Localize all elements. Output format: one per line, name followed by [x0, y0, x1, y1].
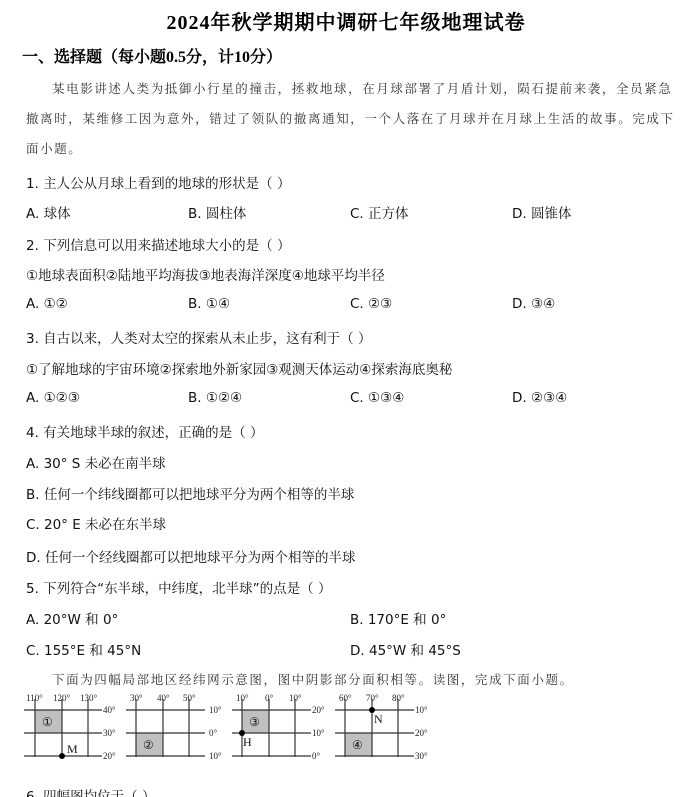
svg-text:30°: 30° — [103, 728, 116, 738]
q4-option-a[interactable]: A. 30° S 未必在南半球 — [26, 452, 166, 472]
question-2-statements: ①地球表面积②陆地平均海拔③地表海洋深度④地球平均半径 — [26, 264, 385, 284]
svg-text:80°: 80° — [392, 693, 405, 703]
graticule-diagram-1: 110° 120° 130° 40° 30° 20° ① M — [22, 695, 127, 770]
q1-option-a[interactable]: A. 球体 — [26, 202, 71, 222]
diagram-intro: 下面为四幅局部地区经纬网示意图，图中阴影部分面积相等。读图，完成下面小题。 — [52, 670, 574, 688]
graticule-diagram-2: 30° 40° 50° 10° 0° 10° ② — [125, 695, 230, 770]
svg-text:10°: 10° — [209, 705, 222, 715]
svg-text:0°: 0° — [312, 751, 321, 761]
q3-option-c[interactable]: C. ①③④ — [350, 390, 404, 406]
intro-line-3: 面小题。 — [26, 139, 82, 157]
svg-text:120°: 120° — [53, 693, 71, 703]
q5-option-a[interactable]: A. 20°W 和 0° — [26, 608, 118, 628]
q1-option-b[interactable]: B. 圆柱体 — [188, 202, 246, 222]
svg-text:10°: 10° — [289, 693, 302, 703]
page-title: 2024年秋学期期中调研七年级地理试卷 — [0, 6, 692, 35]
graticule-diagram-3: 10° 0° 10° 20° 10° 0° ③ H — [231, 695, 336, 770]
q4-option-c[interactable]: C. 20° E 未必在东半球 — [26, 513, 166, 533]
section-heading: 一、选择题（每小题0.5分，计10分） — [22, 44, 282, 67]
q3-option-a[interactable]: A. ①②③ — [26, 390, 80, 406]
q2-option-d[interactable]: D. ③④ — [512, 296, 555, 312]
svg-text:0°: 0° — [209, 728, 218, 738]
question-3-statements: ①了解地球的宇宙环境②探索地外新家园③观测天体运动④探索海底奥秘 — [26, 358, 452, 378]
svg-text:M: M — [67, 742, 78, 756]
question-5-stem: 5. 下列符合“东半球，中纬度，北半球”的点是（ ） — [26, 577, 331, 597]
svg-text:40°: 40° — [103, 705, 116, 715]
question-4-stem: 4. 有关地球半球的叙述，正确的是（ ） — [26, 421, 263, 441]
svg-text:③: ③ — [249, 715, 260, 729]
question-2-stem: 2. 下列信息可以用来描述地球大小的是（ ） — [26, 234, 290, 254]
svg-text:50°: 50° — [183, 693, 196, 703]
q4-option-d[interactable]: D. 任何一个经线圈都可以把地球平分为两个相等的半球 — [26, 546, 355, 566]
svg-text:②: ② — [143, 738, 154, 752]
svg-text:30°: 30° — [415, 751, 428, 761]
q1-option-d[interactable]: D. 圆锥体 — [512, 202, 571, 222]
svg-text:20°: 20° — [103, 751, 116, 761]
question-3-stem: 3. 自古以来，人类对太空的探索从未止步，这有利于（ ） — [26, 327, 371, 347]
svg-text:0°: 0° — [265, 693, 274, 703]
q3-option-b[interactable]: B. ①②④ — [188, 390, 242, 406]
svg-text:①: ① — [42, 715, 53, 729]
q3-option-d[interactable]: D. ②③④ — [512, 390, 567, 406]
q1-option-c[interactable]: C. 正方体 — [350, 202, 409, 222]
graticule-diagram-4: 60° 70° 80° 10° 20° 30° ④ N — [334, 695, 439, 770]
q5-option-d[interactable]: D. 45°W 和 45°S — [350, 639, 461, 659]
svg-text:N: N — [374, 712, 383, 726]
q2-option-c[interactable]: C. ②③ — [350, 296, 392, 312]
intro-line-2: 撤离时，某维修工因为意外，错过了领队的撤离通知，一个人落在了月球并在月球上生活的… — [26, 109, 675, 127]
svg-text:40°: 40° — [157, 693, 170, 703]
svg-text:10°: 10° — [236, 693, 249, 703]
intro-line-1: 某电影讲述人类为抵御小行星的撞击，拯救地球，在月球部署了月盾计划，陨石提前来袭，… — [52, 79, 672, 97]
svg-text:④: ④ — [352, 738, 363, 752]
q5-option-b[interactable]: B. 170°E 和 0° — [350, 608, 446, 628]
svg-text:20°: 20° — [415, 728, 428, 738]
svg-text:10°: 10° — [312, 728, 325, 738]
svg-text:30°: 30° — [130, 693, 143, 703]
svg-text:70°: 70° — [366, 693, 379, 703]
q2-option-b[interactable]: B. ①④ — [188, 296, 230, 312]
svg-text:110°: 110° — [26, 693, 43, 703]
svg-text:20°: 20° — [312, 705, 325, 715]
svg-text:10°: 10° — [415, 705, 428, 715]
svg-text:10°: 10° — [209, 751, 222, 761]
svg-text:H: H — [243, 735, 252, 749]
q4-option-b[interactable]: B. 任何一个纬线圈都可以把地球平分为两个相等的半球 — [26, 483, 354, 503]
question-1-stem: 1. 主人公从月球上看到的地球的形状是（ ） — [26, 172, 290, 192]
q5-option-c[interactable]: C. 155°E 和 45°N — [26, 639, 141, 659]
svg-text:60°: 60° — [339, 693, 352, 703]
point-m — [59, 753, 65, 759]
question-6-stem: 6. 四幅图均位于（ ） — [26, 785, 155, 797]
svg-text:130°: 130° — [80, 693, 98, 703]
q2-option-a[interactable]: A. ①② — [26, 296, 68, 312]
